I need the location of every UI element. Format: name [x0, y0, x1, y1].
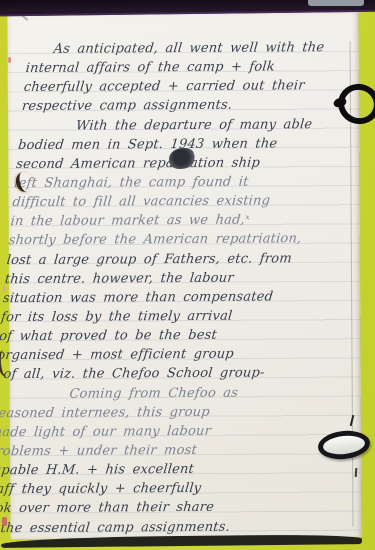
handwritten-line: With the departure of many able	[19, 115, 343, 136]
handwritten-line: for its loss by the timely arrival	[0, 306, 324, 327]
handwritten-line: lost a large group of Fathers, etc. from	[6, 249, 330, 270]
handwritten-line: took over more than their share	[0, 498, 305, 519]
handwritten-line: this centre. however, the labour	[4, 268, 328, 289]
top-bar-gray-end	[308, 0, 364, 6]
handwritten-line: in the labour market as we had,ˣ	[10, 210, 334, 231]
red-speck	[8, 57, 11, 63]
scanned-diary-photo: As anticipated, all went well with the i…	[0, 0, 375, 550]
handwritten-line: internal affairs of the camp + folk	[25, 57, 349, 78]
handwritten-line: shortly before the American repatriation…	[8, 230, 332, 251]
handwritten-line: of what proved to be the best	[0, 325, 322, 346]
handwritten-line: problems + under their most	[0, 440, 311, 461]
red-speck	[3, 286, 6, 292]
handwriting-block: As anticipated, all went well with the i…	[0, 38, 351, 538]
handwritten-line: of all, viz. the Chefoo School group-	[0, 364, 318, 385]
handwritten-line: organised + most efficient group	[0, 344, 320, 365]
handwritten-line: left Shanghai, the camp found it	[13, 172, 337, 193]
handwritten-line: staff they quickly + cheerfully	[0, 478, 307, 499]
diary-paper-page: As anticipated, all went well with the i…	[7, 11, 361, 539]
handwritten-line: difficult to fill all vacancies existing	[12, 191, 336, 212]
handwritten-line: cheerfully accepted + carried out their	[23, 76, 347, 97]
handwritten-line: As anticipated, all went well with the	[27, 38, 351, 59]
handwritten-line: made light of our many labour	[0, 421, 313, 442]
handwritten-line: capable H.M. + his excellent	[0, 459, 309, 480]
handwritten-line: seasoned internees, this group	[0, 402, 315, 423]
handwritten-line: situation was more than compensated	[2, 287, 326, 308]
red-speck	[2, 517, 7, 526]
handwritten-line: Coming from Chefoo as	[0, 383, 316, 404]
handwritten-line: respective camp assignments.	[21, 95, 345, 116]
